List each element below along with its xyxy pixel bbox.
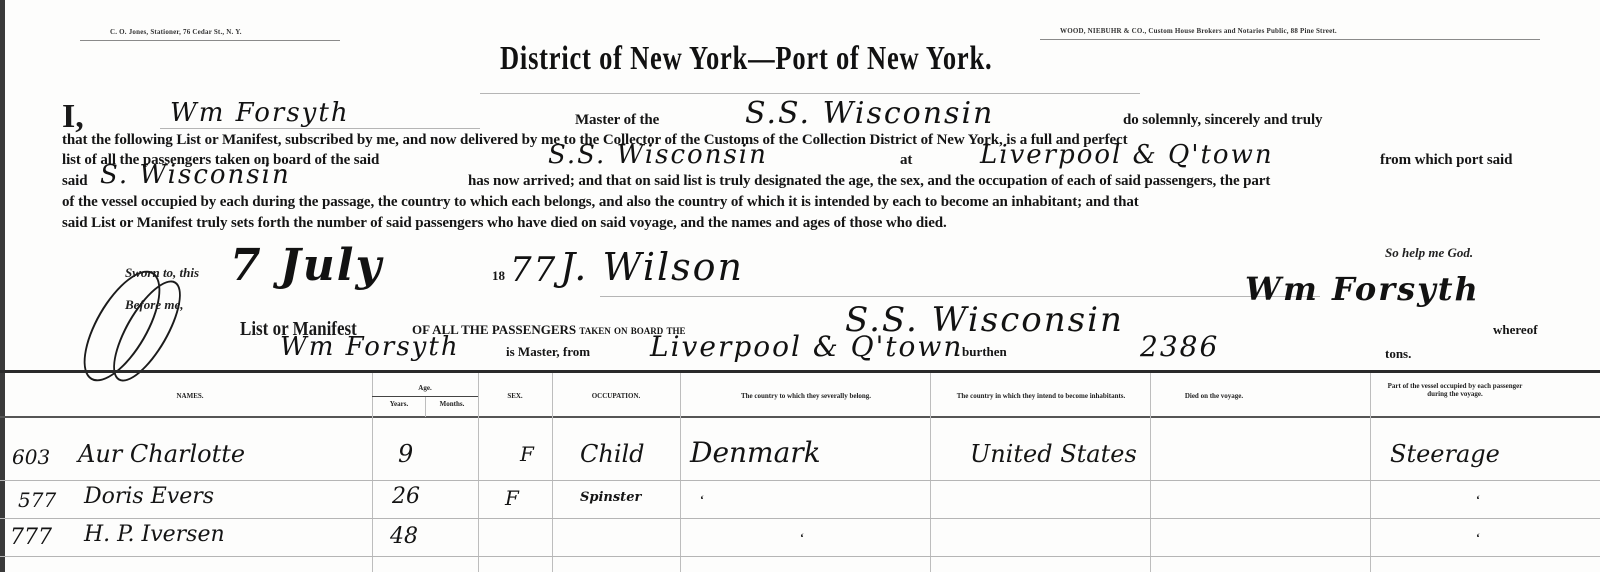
title-underline bbox=[480, 93, 1140, 94]
header-sex: SEX. bbox=[478, 392, 552, 400]
passenger-name: Doris Evers bbox=[84, 484, 214, 509]
left-printer-imprint: C. O. Jones, Stationer, 76 Cedar St., N.… bbox=[110, 28, 242, 36]
passenger-country: Denmark bbox=[690, 436, 821, 469]
manifest-master-name: Wm Forsyth bbox=[280, 332, 460, 362]
passenger-occupation: Spinster bbox=[580, 490, 641, 505]
fill-line-master bbox=[160, 128, 480, 129]
master-of-the-label: Master of the bbox=[575, 112, 659, 129]
header-age: Age. bbox=[372, 384, 478, 392]
table-header-bottom-rule bbox=[0, 416, 1600, 418]
handwritten-sworn-year: 77 bbox=[510, 250, 557, 290]
oath-said-label: said bbox=[62, 173, 87, 190]
so-help-me-god: So help me God. bbox=[1385, 245, 1473, 261]
handwritten-ship-name: S.S. Wisconsin bbox=[745, 96, 994, 131]
ditto-mark: ‘ bbox=[800, 530, 804, 545]
passenger-age: 48 bbox=[390, 524, 418, 549]
ditto-mark: ‘ bbox=[1476, 530, 1480, 545]
row-rule-2 bbox=[0, 518, 1600, 519]
burthen-value: 2386 bbox=[1140, 330, 1219, 363]
oath-line4-rest: has now arrived; and that on said list i… bbox=[468, 173, 1270, 190]
col-divider-died bbox=[1150, 373, 1151, 572]
imprint-rule-right bbox=[1040, 39, 1540, 40]
header-years: Years. bbox=[374, 400, 424, 408]
passenger-age: 26 bbox=[392, 484, 420, 509]
is-master-from-label: is Master, from bbox=[506, 344, 590, 360]
oath-line1-end: do solemnly, sincerely and truly bbox=[1123, 112, 1322, 129]
passenger-name: Aur Charlotte bbox=[78, 440, 245, 468]
page-left-edge bbox=[0, 0, 5, 572]
oath-line6: said List or Manifest truly sets forth t… bbox=[62, 215, 947, 232]
ditto-mark: ‘ bbox=[700, 492, 704, 507]
col-divider-intend bbox=[930, 373, 931, 572]
handwritten-ship-name-3: S. Wisconsin bbox=[100, 160, 291, 190]
passenger-name: H. P. Iversen bbox=[84, 522, 225, 547]
header-months: Months. bbox=[426, 400, 478, 408]
passenger-age: 9 bbox=[398, 440, 413, 468]
oath-line5: of the vessel occupied by each during th… bbox=[62, 194, 1139, 211]
handwritten-departure-port: Liverpool & Q'town bbox=[980, 140, 1274, 170]
oath-opening: I, bbox=[62, 98, 84, 136]
imprint-rule-left bbox=[80, 40, 340, 41]
col-divider-occupation bbox=[552, 373, 553, 572]
header-died: Died on the voyage. bbox=[1154, 392, 1274, 400]
passenger-occupation: Child bbox=[580, 440, 645, 468]
row-rule-3 bbox=[0, 556, 1600, 557]
passenger-sex: F bbox=[520, 442, 534, 466]
header-part-vessel: Part of the vessel occupied by each pass… bbox=[1380, 382, 1530, 398]
row-number: 577 bbox=[18, 488, 56, 512]
header-country-belong: The country to which they severally belo… bbox=[684, 392, 928, 400]
manifest-document-page: C. O. Jones, Stationer, 76 Cedar St., N.… bbox=[0, 0, 1600, 572]
col-divider-age bbox=[372, 373, 373, 572]
burthen-label: burthen bbox=[962, 344, 1007, 360]
master-signature: Wm Forsyth bbox=[1245, 270, 1480, 308]
oath-line3-end: from which port said bbox=[1380, 152, 1512, 169]
clerk-signature: J. Wilson bbox=[560, 245, 744, 289]
right-printer-imprint: WOOD, NIEBUHR & CO., Custom House Broker… bbox=[1060, 27, 1337, 35]
manifest-from-port: Liverpool & Q'town bbox=[650, 330, 963, 363]
header-occupation: OCCUPATION. bbox=[556, 392, 676, 400]
col-divider-sex bbox=[478, 373, 479, 572]
tons-label: tons. bbox=[1385, 346, 1411, 362]
handwritten-master-name: Wm Forsyth bbox=[170, 98, 350, 128]
row-number: 777 bbox=[10, 525, 52, 550]
header-country-intend: The country in which they intend to beco… bbox=[934, 392, 1148, 400]
col-divider-country bbox=[680, 373, 681, 572]
ditto-mark: ‘ bbox=[1476, 492, 1480, 507]
passenger-sex: F bbox=[505, 486, 519, 510]
handwritten-ship-name-2: S.S. Wisconsin bbox=[548, 140, 768, 170]
handwritten-sworn-date: 7 July bbox=[230, 240, 383, 291]
signature-rule bbox=[600, 296, 1320, 297]
whereof-label: whereof bbox=[1493, 322, 1538, 338]
sworn-year-prefix: 18 bbox=[492, 268, 505, 284]
row-rule-1 bbox=[0, 480, 1600, 481]
row-number: 603 bbox=[12, 445, 50, 469]
passenger-intended-country: United States bbox=[970, 440, 1137, 468]
col-divider-part bbox=[1370, 373, 1371, 572]
document-title: District of New York—Port of New York. bbox=[500, 40, 992, 78]
header-names: NAMES. bbox=[150, 392, 230, 400]
oath-at-label: at bbox=[900, 152, 912, 169]
table-top-rule bbox=[0, 370, 1600, 373]
passenger-vessel-part: Steerage bbox=[1390, 440, 1500, 468]
